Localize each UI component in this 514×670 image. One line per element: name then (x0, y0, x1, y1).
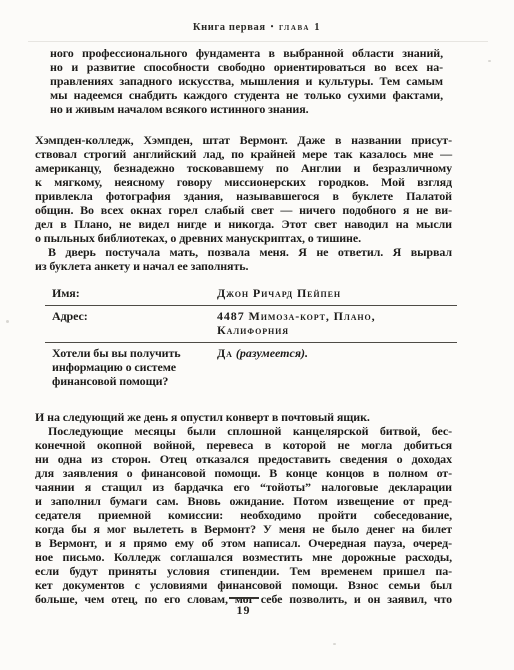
paragraph-months-line: кет документов с условиями финансовой по… (35, 578, 452, 592)
form-label-financial-aid-line2: информацию о системе (52, 360, 217, 374)
paragraph-months-line: Последующие месяцы были сплошной канцеля… (35, 424, 452, 438)
paragraph-months: Последующие месяцы были сплошной канцеля… (35, 424, 452, 606)
brochure-quote-line: ного профессионального фундамента в выбр… (50, 46, 443, 60)
form-value-financial-aid-yes: Да (217, 346, 233, 360)
form-label-financial-aid: Хотели бы вы получить информацию о систе… (52, 346, 217, 388)
running-head-chapter: глава 1 (279, 22, 321, 33)
scan-speck (488, 60, 491, 62)
paragraph-hampden-line: Хэмпден-колледж, Хэмпден, штат Вермонт. … (35, 133, 452, 147)
paragraph-mother: В дверь постучала мать, позвала меня. Я … (35, 245, 452, 273)
brochure-quote-line: но и живым началом всякого истинного зна… (50, 102, 443, 116)
brochure-quote-line: правлениях западного искусства, мышления… (50, 74, 443, 88)
paragraph-hampden: Хэмпден-колледж, Хэмпден, штат Вермонт. … (35, 133, 452, 245)
book-page: Книга первая•глава 1 ного профессиональн… (0, 0, 514, 670)
paragraph-months-line: в Вермонт, и я прямо ему об этом написал… (35, 536, 452, 550)
paragraph-mailbox-line: И на следующий же день я опустил конверт… (35, 410, 452, 424)
paragraph-hampden-line: о пыльных библиотеках, о древних манускр… (35, 231, 452, 245)
paragraph-hampden-line: к мягкому, неясному говору миссионерских… (35, 175, 452, 189)
form-value-address: 4487 Мимоза-корт, Плано, Калифорния (217, 309, 457, 337)
form-label-financial-aid-line3: финансовой помощи? (52, 374, 217, 388)
text-column: ного профессионального фундамента в выбр… (35, 46, 452, 606)
form-row-name: Имя: Джон Ричард Пейпен (45, 283, 457, 306)
form-label-address: Адрес: (52, 309, 217, 323)
form-value-financial-aid: Да(разумеется). (217, 346, 457, 360)
paragraph-mailbox: И на следующий же день я опустил конверт… (35, 410, 452, 424)
form-label-financial-aid-line1: Хотели бы вы получить (52, 346, 217, 360)
paragraph-months-line: если будут приняты условия стипендии. Те… (35, 564, 452, 578)
brochure-quote-line: но и развитие способности свободно ориен… (50, 60, 443, 74)
paragraph-months-line: и заполнил бумаги сам. Вновь ожидание. П… (35, 494, 452, 508)
page-number: 19 (35, 603, 452, 618)
paragraph-hampden-line: дел в Плано, не видел нигде и никогда. Э… (35, 217, 452, 231)
footer-rule (229, 597, 259, 599)
form-row-address: Адрес: 4487 Мимоза-корт, Плано, Калифорн… (45, 306, 457, 343)
paragraph-mother-line: В дверь постучала мать, позвала меня. Я … (35, 245, 452, 259)
paragraph-months-line: когда бы я мог вылететь в Вермонт? У мен… (35, 522, 452, 536)
application-form: Имя: Джон Ричард Пейпен Адрес: 4487 Мимо… (45, 283, 457, 393)
form-value-address-line2: Калифорния (217, 323, 457, 337)
paragraph-months-line: ни одна из сторон. Отец отказался предос… (35, 452, 452, 466)
brochure-quote: ного профессионального фундамента в выбр… (50, 46, 443, 116)
paragraph-months-line: для заявления о финансовой помощи. В кон… (35, 466, 452, 480)
page-footer: 19 (35, 597, 452, 618)
form-label-name: Имя: (52, 286, 217, 300)
paragraph-months-line: ное письмо. Колледж соглашался возместит… (35, 550, 452, 564)
paragraph-hampden-line: общин. Во всех окнах горел слабый свет —… (35, 203, 452, 217)
paragraph-months-line: седателя приемной комиссии: необходимо п… (35, 508, 452, 522)
flow-top: ного профессионального фундамента в выбр… (35, 46, 452, 273)
paragraph-hampden-line: американцу, безнадежно тосковавшему по А… (35, 161, 452, 175)
flow-bottom: И на следующий же день я опустил конверт… (35, 410, 452, 606)
running-head: Книга первая•глава 1 (0, 22, 514, 33)
form-value-address-line1: 4487 Мимоза-корт, Плано, (217, 309, 457, 323)
form-row-financial-aid: Хотели бы вы получить информацию о систе… (45, 343, 457, 393)
paragraph-mother-line: из буклета анкету и начал ее заполнять. (35, 259, 452, 273)
paragraph-months-line: чаянии я стащил из бардачка его “тойоты”… (35, 480, 452, 494)
paragraph-hampden-line: ствовал строгий английский лад, по крайн… (35, 147, 452, 161)
scan-speck (333, 643, 336, 645)
form-value-name: Джон Ричард Пейпен (217, 286, 457, 300)
running-head-separator: • (266, 22, 279, 31)
scan-speck (6, 320, 9, 323)
form-value-financial-aid-remark: (разумеется). (236, 346, 308, 360)
header-rule (28, 41, 488, 42)
paragraph-months-line: конечной окопной войной, перевеса в кото… (35, 438, 452, 452)
running-head-book: Книга первая (193, 22, 266, 33)
paragraph-hampden-line: привлекла фотография здания, называвшего… (35, 189, 452, 203)
brochure-quote-line: мы надеемся снабдить каждого студента не… (50, 88, 443, 102)
